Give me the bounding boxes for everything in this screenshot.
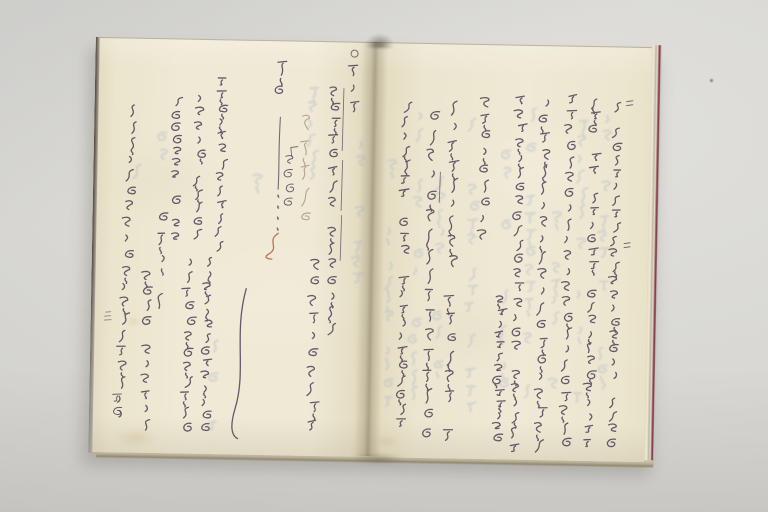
handwriting-column	[441, 101, 460, 440]
handwriting-column	[170, 97, 183, 239]
handwriting-column	[348, 65, 360, 112]
quote-bracket-mark	[291, 146, 298, 156]
repeat-tick-marks	[624, 101, 633, 248]
handwriting-column	[157, 213, 168, 309]
reading-circle-mark	[351, 50, 358, 57]
handwriting-column	[275, 61, 287, 93]
bleedthrough-column	[158, 132, 167, 159]
red-correction-mark	[266, 233, 278, 259]
bleedthrough-column	[407, 113, 424, 399]
page-number-mark	[104, 312, 111, 321]
left-page	[92, 37, 376, 457]
handwriting-column	[422, 111, 440, 436]
handwriting-column	[582, 99, 602, 447]
handwriting-column	[179, 259, 197, 431]
bleedthrough-column	[253, 175, 262, 193]
handwriting-column	[192, 95, 206, 239]
handwriting-column	[395, 102, 412, 426]
bleedthrough-column	[595, 116, 611, 388]
handwriting-column	[299, 115, 312, 220]
handwriting-column	[325, 87, 341, 335]
photo-background	[0, 0, 768, 512]
right-page-handwriting	[368, 43, 652, 462]
bleedthrough-column	[463, 119, 481, 412]
rule-dash-line	[278, 117, 280, 189]
handwriting-column	[200, 257, 214, 430]
handwriting-column	[533, 100, 553, 452]
left-page-handwriting	[92, 38, 376, 457]
right-page	[368, 42, 652, 462]
bleedthrough-column	[208, 340, 218, 430]
emphasis-sidelines	[340, 88, 344, 260]
bleedthrough-column	[498, 150, 512, 386]
handwriting-column	[116, 105, 137, 417]
handwriting-column	[283, 155, 294, 205]
dot-marks	[277, 195, 278, 230]
handwriting-column	[305, 259, 321, 430]
long-sweep-stroke	[232, 288, 247, 438]
dust-speck	[710, 79, 713, 82]
handwriting-column	[605, 102, 623, 446]
gutter-bottom-shadow	[342, 451, 412, 465]
handwriting-column	[112, 394, 121, 415]
handwriting-column	[214, 78, 229, 251]
bleedthrough-column	[522, 108, 538, 398]
bleedthrough-column	[134, 164, 141, 178]
bleedthrough-column	[573, 120, 589, 402]
handwriting-column	[477, 98, 491, 240]
spine-top-shadow	[365, 33, 395, 49]
handwriting-column	[139, 271, 153, 430]
open-manuscript-book	[92, 37, 651, 461]
bleedthrough-column	[548, 212, 561, 388]
bleedthrough-column	[432, 177, 446, 378]
